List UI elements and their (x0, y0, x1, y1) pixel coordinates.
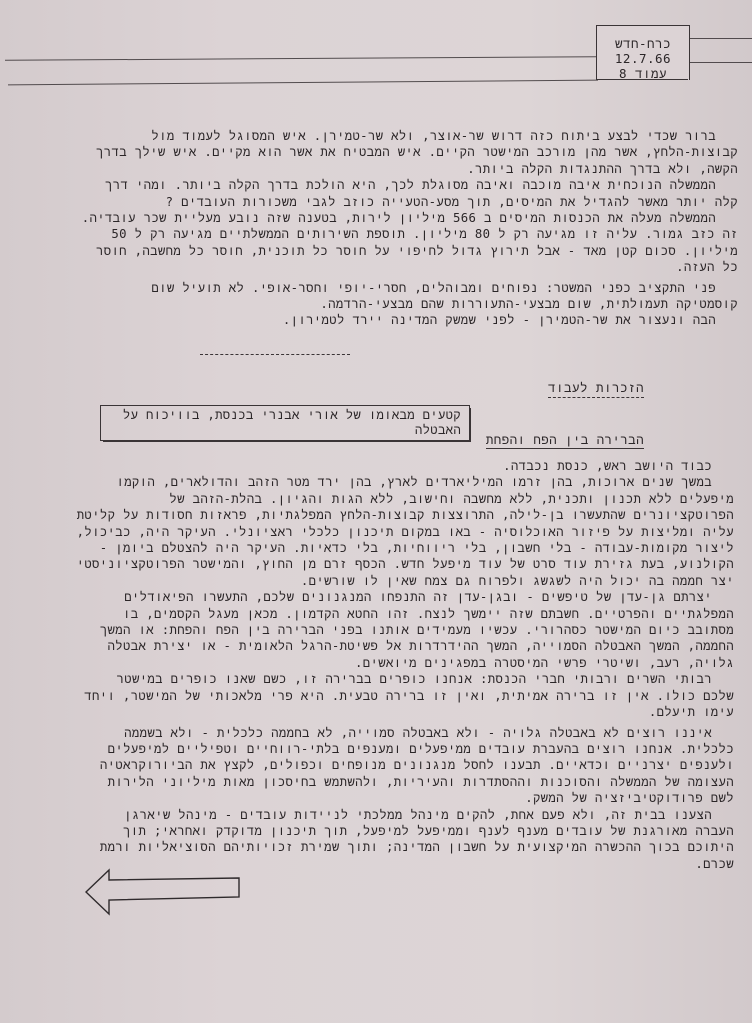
boxed-caption: קטעים מבאומו של אורי אבנרי בכנסת, בוויכו… (100, 405, 470, 441)
article-paragraph-6: הצענו בבית זה, ולא פעם אחת, להקים מינהל … (77, 807, 734, 873)
header-rule-top-right (688, 38, 752, 39)
header-rule-bottom-right (688, 62, 752, 63)
article-paragraph-2: במשך שנים ארוכות, בהן זרמו המיליארדים לא… (77, 474, 734, 589)
article-body: כבוד היושב ראש, כנסת נכבדה. במשך שנים אר… (77, 458, 734, 872)
stamp-underline (596, 79, 688, 80)
continue-arrow-icon (85, 868, 245, 918)
publication-stamp: כרח-חדש 12.7.66 עמוד 8 (596, 25, 690, 80)
intro-paragraph-2: הממשלה הנוכחית איבה מוכבה ואיבה מסוגלת ל… (82, 177, 738, 275)
article-paragraph-4: רבותי השרים ורבותי חברי הכנסת: אנחנו כופ… (77, 671, 734, 720)
intro-paragraph-1: ברור שכדי לבצע ביתוח כזה דרוש שר-אוצר, ו… (82, 128, 738, 177)
publication-name: כרח-חדש (597, 36, 689, 51)
article-title: הברירה בין הפח והפחת (486, 432, 644, 449)
publication-date: 12.7.66 (597, 51, 689, 66)
article-paragraph-5: איננו רוצים לא באבטלה גלויה - ולא באבטלה… (77, 725, 734, 807)
intro-paragraph-3: פני התקציב כפני המשטר: נפוחים ומבוהלים, … (82, 280, 738, 329)
section-label: הזכרות לעבוד (548, 380, 644, 398)
intro-text: ברור שכדי לבצע ביתוח כזה דרוש שר-אוצר, ו… (82, 128, 738, 329)
article-paragraph-1: כבוד היושב ראש, כנסת נכבדה. (77, 458, 734, 474)
article-paragraph-3: יצרתם גן-עדן של טיפשים - ובגן-עדן זה התנ… (77, 589, 734, 671)
section-divider (200, 354, 350, 355)
